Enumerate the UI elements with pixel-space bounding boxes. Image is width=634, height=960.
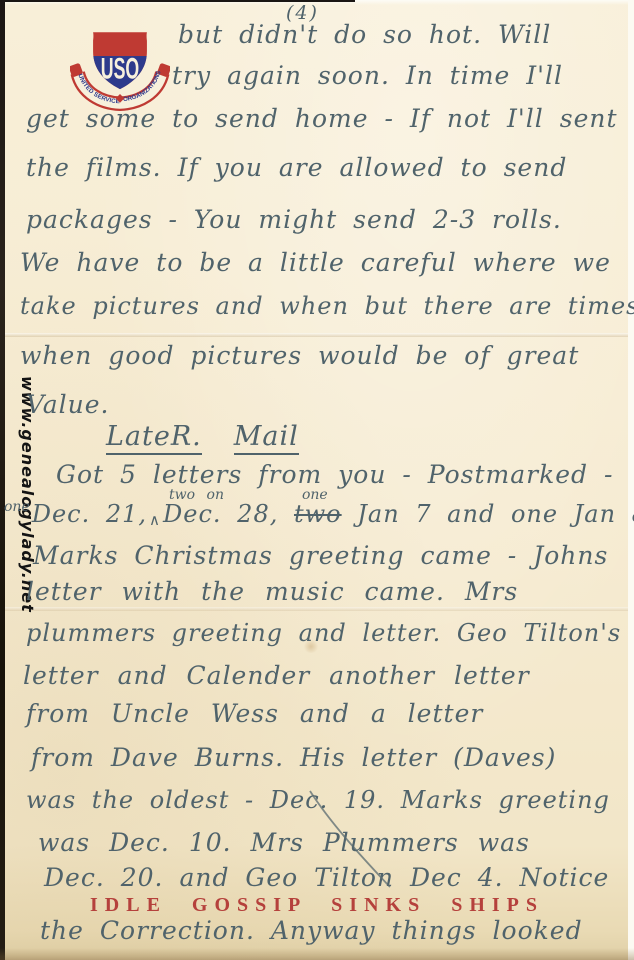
section-heading: LateR.Mail — [106, 421, 299, 452]
handwritten-line: letter with the music came. Mrs — [26, 577, 518, 606]
fold-crease-upper — [5, 333, 628, 337]
handwritten-line: from Uncle Wess and a letter — [26, 699, 483, 728]
handwritten-line: Value. — [26, 390, 110, 419]
replacement-word-one: one — [302, 487, 328, 503]
handwritten-line: packages - You might send 2-3 rolls. — [26, 205, 562, 234]
handwritten-line: get some to send home - If not I'll sent — [26, 104, 618, 133]
date-dec-21: Dec. 21, — [32, 500, 147, 528]
inserted-words-two-on: two on — [169, 487, 224, 503]
handwritten-line: when good pictures would be of great — [20, 341, 579, 370]
handwritten-line: Got 5 letters from you - Postmarked - — [56, 460, 613, 489]
scanned-letter-page: USO UNITED SERVICE ORGANIZATIONS (4) www… — [0, 0, 634, 960]
heading-later: LateR. — [106, 421, 202, 455]
uso-acronym: USO — [101, 53, 139, 85]
heading-mail: Mail — [234, 421, 299, 455]
handwritten-line: take pictures and when but there are tim… — [20, 292, 634, 320]
handwritten-line-dates: oneDec. 21,∧two onDec. 28, onetwo Jan 7 … — [4, 500, 634, 528]
handwritten-line: was the oldest - Dec. 19. Marks greeting — [26, 786, 610, 814]
handwritten-line: try again soon. In time I'll — [172, 61, 563, 90]
handwritten-line: but didn't do so hot. Will — [178, 20, 551, 49]
handwritten-line: from Dave Burns. His letter (Daves) — [31, 743, 556, 772]
struck-word-two: two — [294, 500, 342, 528]
handwritten-line: the films. If you are allowed to send — [26, 153, 567, 182]
handwritten-line: was Dec. 10. Mrs Plummers was — [38, 828, 530, 857]
handwritten-line: We have to be a little careful where we — [20, 248, 611, 277]
inserted-word-one: one — [4, 499, 30, 515]
handwritten-line: letter and Calender another letter — [23, 661, 530, 690]
date-dec-28: Dec. 28, — [163, 500, 278, 528]
handwritten-line: Marks Christmas greeting came - Johns — [33, 541, 608, 570]
footer-slogan: IDLE GOSSIP SINKS SHIPS — [90, 894, 544, 917]
caret-mark: ∧ — [149, 511, 161, 529]
scan-edge-right — [628, 0, 634, 960]
scan-edge-bottom — [0, 948, 634, 960]
handwritten-line: plummers greeting and letter. Geo Tilton… — [26, 619, 621, 647]
handwritten-line: the Correction. Anyway things looked — [40, 916, 583, 945]
dates-rest: Jan 7 and one Jan 8. — [357, 500, 634, 528]
fold-crease-lower — [5, 607, 628, 611]
scan-edge-left — [0, 0, 5, 960]
handwritten-line: Dec. 20. and Geo Tilton Dec 4. Notice — [44, 863, 609, 892]
